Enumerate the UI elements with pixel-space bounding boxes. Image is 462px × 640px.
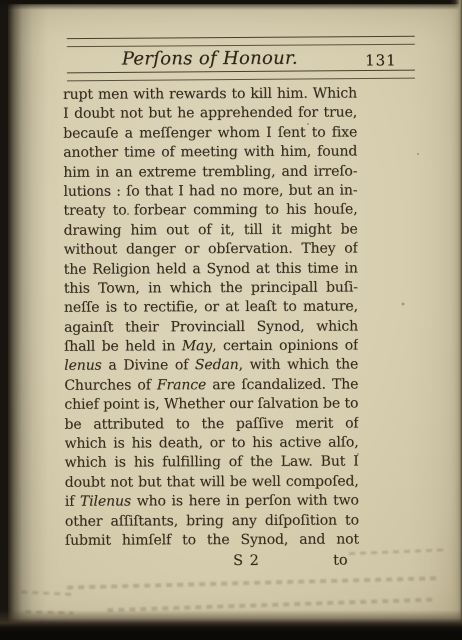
text-line: I doubt not but he apprehended for true, xyxy=(63,104,357,125)
printed-content: Perſons of Honour. 131 rupt men with rew… xyxy=(7,3,462,631)
direction-line: S 2 to xyxy=(65,552,359,573)
page-edge-top xyxy=(0,0,462,10)
text-line: doubt not but that will be well compoſed… xyxy=(65,472,359,493)
text-line: him in an extreme trembling, and irreſo- xyxy=(63,162,357,183)
text-line: ſubmit himſelf to the Synod, and not one… xyxy=(65,530,359,551)
page-edge-bottom xyxy=(0,610,462,640)
text-line: which is his fulfilling of the Law. But … xyxy=(65,453,359,474)
bleed-through xyxy=(67,576,437,589)
text-line: againſt their Provinciall Synod, which xyxy=(64,317,358,338)
text-line: ſhall be held in May, certain opinions o… xyxy=(64,337,358,358)
book-page: Perſons of Honour. 131 rupt men with rew… xyxy=(8,4,462,630)
text-line: becauſe a meſſenger whom I ſent to fixe xyxy=(63,123,357,144)
scanned-book-screenshot: Perſons of Honour. 131 rupt men with rew… xyxy=(0,0,462,640)
catchword: to xyxy=(333,553,348,569)
header-rule-top xyxy=(67,36,415,47)
running-title: Perſons of Honour. xyxy=(122,48,298,70)
text-line: the Religion held a Synod at this time i… xyxy=(64,259,358,280)
text-line: another time of meeting with him, found xyxy=(63,143,357,164)
text-line: neſſe is to rectifie, or at leaſt to mat… xyxy=(64,298,358,319)
text-line: rupt men with rewards to kill him. Which xyxy=(63,84,357,105)
body-text: rupt men with rewards to kill him. Which… xyxy=(63,84,359,551)
text-line: be attributed to the paſſive merit of Ch… xyxy=(64,414,358,435)
text-line: which is his death, or to his active alſ… xyxy=(65,433,359,454)
text-line: other aſſiſtants, bring any diſpoſition … xyxy=(65,511,359,532)
page-edge-right xyxy=(450,0,462,640)
text-line: lenus a Divine of Sedan, with which the xyxy=(64,356,358,377)
text-line: this Town, in which the principall buſi- xyxy=(64,278,358,299)
gutter-shadow xyxy=(8,4,48,630)
text-line: drawing him out of it, till it might be xyxy=(64,220,358,241)
signature-mark: S 2 xyxy=(233,553,260,569)
text-line: Churches of France are ſcandalized. The xyxy=(64,375,358,396)
text-line: lutions : ſo that I had no more, but an … xyxy=(63,181,357,202)
bleed-through xyxy=(349,548,444,555)
page-number: 131 xyxy=(365,51,397,69)
page-header: Perſons of Honour. xyxy=(63,47,357,69)
text-line: without danger or obſervation. They of xyxy=(64,240,358,261)
text-line: treaty to forbear comming to his houſe, … xyxy=(63,201,357,222)
text-line: chief point is, Whether our ſalvation be… xyxy=(64,395,358,416)
text-line: if Tilenus who is here in perſon with tw… xyxy=(65,492,359,513)
header-rule-bottom xyxy=(67,70,415,82)
